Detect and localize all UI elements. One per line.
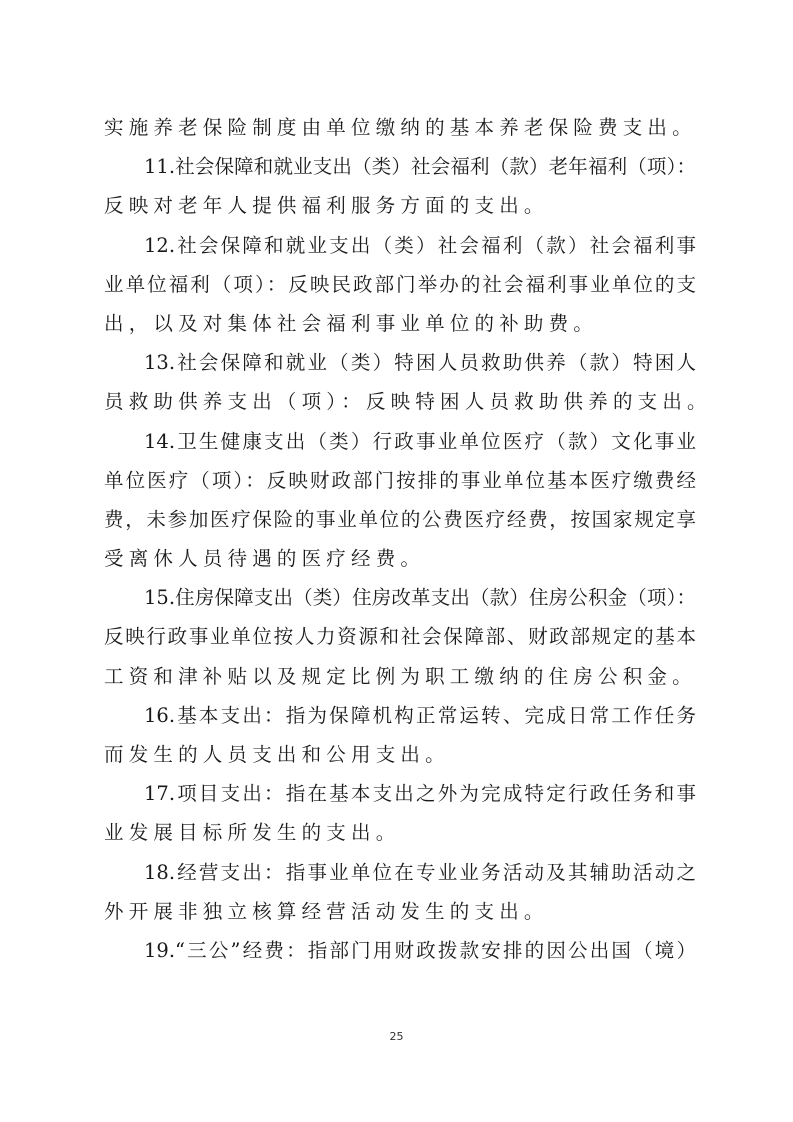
document-page: 实施养老保险制度由单位缴纳的基本养老保险费支出。 11.社会保障和就业支出（类）…	[0, 0, 793, 1122]
text-line: 业发展目标所发生的支出。	[104, 813, 696, 852]
text-line: 单位医疗（项）：反映财政部门按排的事业单位基本医疗缴费经	[104, 461, 696, 500]
text-line: 工资和津补贴以及规定比例为职工缴纳的住房公积金。	[104, 657, 696, 696]
page-number: 25	[0, 1030, 793, 1043]
text-line: 16.基本支出：指为保障机构正常运转、完成日常工作任务	[104, 696, 696, 735]
text-line: 19.“三公”经费：指部门用财政拨款安排的因公出国（境）	[104, 931, 696, 970]
text-line: 实施养老保险制度由单位缴纳的基本养老保险费支出。	[104, 108, 696, 147]
text-line: 13.社会保障和就业（类）特困人员救助供养（款）特困人	[104, 343, 696, 382]
text-line: 17.项目支出：指在基本支出之外为完成特定行政任务和事	[104, 774, 696, 813]
text-line: 18.经营支出：指事业单位在专业业务活动及其辅助活动之	[104, 853, 696, 892]
text-line: 反映对老年人提供福利服务方面的支出。	[104, 186, 696, 225]
text-line: 11.社会保障和就业支出（类）社会福利（款）老年福利（项）：	[104, 147, 696, 186]
text-line: 员救助供养支出（项）：反映特困人员救助供养的支出。	[104, 382, 696, 421]
text-line: 15.住房保障支出（类）住房改革支出（款）住房公积金（项）：	[104, 578, 696, 617]
text-line: 受离休人员待遇的医疗经费。	[104, 539, 696, 578]
text-line: 费，未参加医疗保险的事业单位的公费医疗经费，按国家规定享	[104, 500, 696, 539]
text-line: 14.卫生健康支出（类）行政事业单位医疗（款）文化事业	[104, 422, 696, 461]
text-line: 出，以及对集体社会福利事业单位的补助费。	[104, 304, 696, 343]
text-line: 而发生的人员支出和公用支出。	[104, 735, 696, 774]
text-line: 反映行政事业单位按人力资源和社会保障部、财政部规定的基本	[104, 617, 696, 656]
body-text: 实施养老保险制度由单位缴纳的基本养老保险费支出。 11.社会保障和就业支出（类）…	[104, 108, 696, 970]
text-line: 12.社会保障和就业支出（类）社会福利（款）社会福利事	[104, 226, 696, 265]
text-line: 外开展非独立核算经营活动发生的支出。	[104, 892, 696, 931]
text-line: 业单位福利（项）：反映民政部门举办的社会福利事业单位的支	[104, 265, 696, 304]
